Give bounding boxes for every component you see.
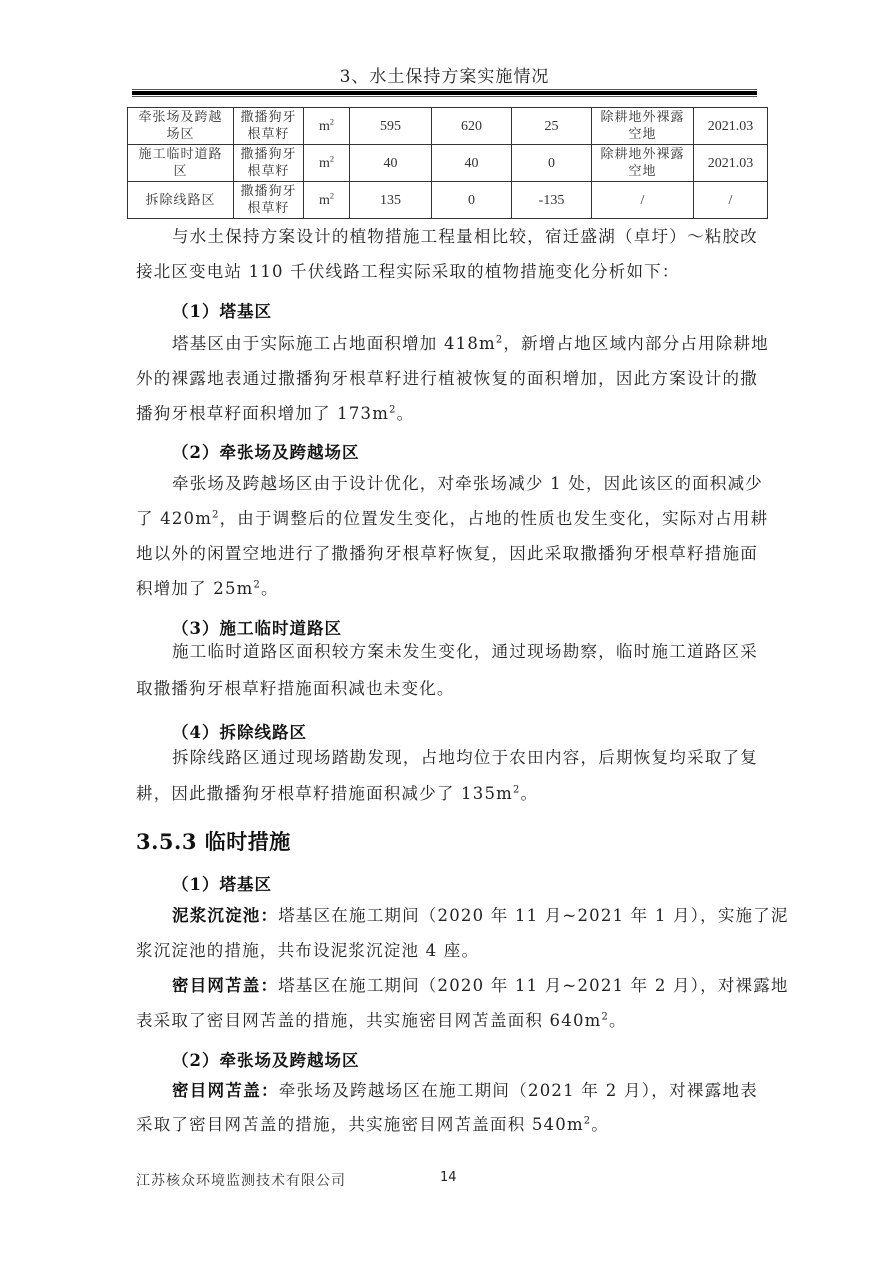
subheading-tower-base: （1）塔基区 bbox=[172, 298, 272, 322]
cell-date: / bbox=[694, 182, 768, 219]
cell-date: 2021.03 bbox=[694, 145, 768, 182]
paragraph-line: 外的裸露地表通过撒播狗牙根草籽进行植被恢复的面积增加，因此方案设计的撒 bbox=[136, 369, 758, 389]
subheading-tension-field: （2）牵张场及跨越场区 bbox=[172, 1047, 359, 1071]
footer-page-number: 14 bbox=[440, 1170, 457, 1185]
subheading-temp-road: （3）施工临时道路区 bbox=[172, 615, 342, 639]
cell-measure: 撒播狗牙根草籽 bbox=[234, 145, 304, 182]
cell-actual: 0 bbox=[432, 182, 512, 219]
cell-planned: 135 bbox=[350, 182, 432, 219]
cell-change: 0 bbox=[512, 145, 592, 182]
cell-actual: 40 bbox=[432, 145, 512, 182]
paragraph-line: 塔基区由于实际施工占地面积增加 418m2，新增占地区域内部分占用除耕地 bbox=[172, 334, 758, 354]
intro-paragraph-line: 接北区变电站 110 千伏线路工程实际采取的植物措施变化分析如下： bbox=[136, 262, 758, 282]
cell-change: -135 bbox=[512, 182, 592, 219]
paragraph-line: 地以外的闲置空地进行了撒播狗牙根草籽恢复，因此采取撒播狗牙根草籽措施面 bbox=[136, 544, 758, 564]
cell-location: 除耕地外裸露空地 bbox=[592, 108, 694, 145]
subheading-demolition-line: （4）拆除线路区 bbox=[172, 719, 307, 743]
paragraph-line: 耕，因此撒播狗牙根草籽措施面积减少了 135m2。 bbox=[136, 784, 758, 804]
paragraph-line: 牵张场及跨越场区由于设计优化，对牵张场减少 1 处，因此该区的面积减少 bbox=[172, 474, 758, 494]
cell-planned: 40 bbox=[350, 145, 432, 182]
page-header-title: 3、水土保持方案实施情况 bbox=[132, 62, 757, 87]
cell-planned: 595 bbox=[350, 108, 432, 145]
table-row: 牵张场及跨越场区 撒播狗牙根草籽 m2 595 620 25 除耕地外裸露空地 … bbox=[128, 108, 768, 145]
cell-location: 除耕地外裸露空地 bbox=[592, 145, 694, 182]
paragraph-line: 拆除线路区通过现场踏勘发现，占地均位于农田内容，后期恢复均采取了复 bbox=[172, 748, 758, 768]
paragraph-line: 施工临时道路区面积较方案未发生变化，通过现场勘察，临时施工道路区采 bbox=[172, 642, 758, 662]
paragraph-line: 了 420m2，由于调整后的位置发生变化，占地的性质也发生变化，实际对占用耕 bbox=[136, 509, 758, 529]
paragraph-line: 采取了密目网苫盖的措施，共实施密目网苫盖面积 540m2。 bbox=[136, 1115, 758, 1135]
paragraph-line: 积增加了 25m2。 bbox=[136, 579, 758, 599]
subheading-tension-field: （2）牵张场及跨越场区 bbox=[172, 439, 359, 463]
cell-actual: 620 bbox=[432, 108, 512, 145]
cell-unit: m2 bbox=[304, 108, 350, 145]
subheading-tower-base: （1）塔基区 bbox=[172, 871, 272, 895]
cell-date: 2021.03 bbox=[694, 108, 768, 145]
cell-area: 牵张场及跨越场区 bbox=[128, 108, 234, 145]
cell-change: 25 bbox=[512, 108, 592, 145]
cell-unit: m2 bbox=[304, 182, 350, 219]
cell-location: / bbox=[592, 182, 694, 219]
paragraph-line: 取撒播狗牙根草籽措施面积减也未变化。 bbox=[136, 679, 758, 699]
paragraph-line: 密目网苫盖：牵张场及跨越场区在施工期间（2021 年 2 月），对裸露地表 bbox=[172, 1081, 758, 1101]
table-row: 拆除线路区 撒播狗牙根草籽 m2 135 0 -135 / / bbox=[128, 182, 768, 219]
cell-measure: 撒播狗牙根草籽 bbox=[234, 108, 304, 145]
section-heading-temporary-measures: 3.5.3 临时措施 bbox=[136, 826, 291, 856]
cell-unit: m2 bbox=[304, 145, 350, 182]
cell-area: 拆除线路区 bbox=[128, 182, 234, 219]
footer-company-name: 江苏核众环境监测技术有限公司 bbox=[136, 1170, 346, 1190]
intro-paragraph-line: 与水土保持方案设计的植物措施工程量相比较，宿迁盛湖（卓圩）～粘胶改 bbox=[172, 227, 758, 247]
paragraph-line: 表采取了密目网苫盖的措施，共实施密目网苫盖面积 640m2。 bbox=[136, 1011, 758, 1031]
table-row: 施工临时道路区 撒播狗牙根草籽 m2 40 40 0 除耕地外裸露空地 2021… bbox=[128, 145, 768, 182]
paragraph-line: 密目网苫盖：塔基区在施工期间（2020 年 11 月~2021 年 2 月），对… bbox=[172, 976, 758, 996]
paragraph-line: 播狗牙根草籽面积增加了 173m2。 bbox=[136, 404, 758, 424]
cell-area: 施工临时道路区 bbox=[128, 145, 234, 182]
paragraph-line: 泥浆沉淀池：塔基区在施工期间（2020 年 11 月~2021 年 1 月），实… bbox=[172, 906, 758, 926]
header-rule bbox=[132, 89, 757, 97]
cell-measure: 撒播狗牙根草籽 bbox=[234, 182, 304, 219]
paragraph-line: 浆沉淀池的措施，共布设泥浆沉淀池 4 座。 bbox=[136, 941, 758, 961]
plant-measures-table: 牵张场及跨越场区 撒播狗牙根草籽 m2 595 620 25 除耕地外裸露空地 … bbox=[127, 107, 768, 219]
